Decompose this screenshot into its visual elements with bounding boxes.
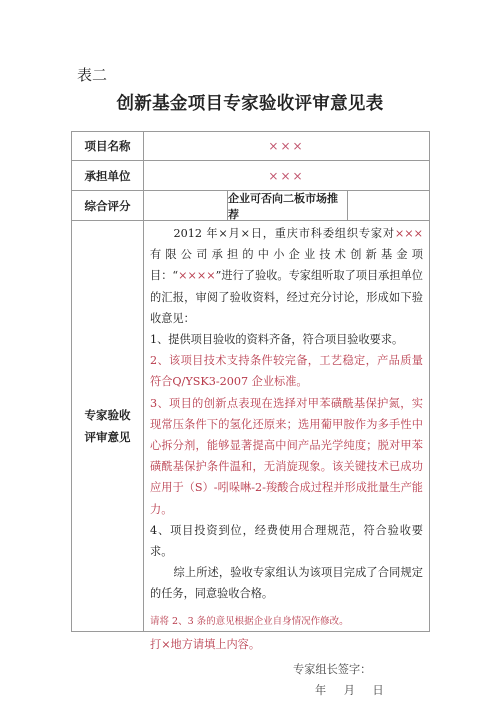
second-board-recommend-value[interactable] bbox=[348, 191, 429, 220]
composite-score-label: 综合评分 bbox=[72, 191, 144, 220]
second-board-recommend-label: 企业可否向二板市场推荐 bbox=[228, 191, 348, 220]
table-row-project-name: 项目名称 ××× bbox=[72, 132, 429, 161]
expert-opinion-label-line2: 评审意见 bbox=[85, 426, 131, 448]
table-row-expert-opinion: 专家验收 评审意见 2012 年×月×日，重庆市科委组织专家对××× 有限公司承… bbox=[72, 221, 429, 631]
review-table: 项目名称 ××× 承担单位 ××× 综合评分 企业可否向二板市场推荐 专家验收 … bbox=[71, 131, 430, 632]
intro-text-a: 2012 年×月×日，重庆市科委组织专家对 bbox=[174, 227, 395, 240]
table-row-composite-score: 综合评分 企业可否向二板市场推荐 bbox=[72, 191, 429, 221]
signature-date[interactable]: 年 月 日 bbox=[150, 680, 423, 701]
opinion-item-4: 4、项目投资到位，经费使用合理规范，符合验收要求。 bbox=[150, 520, 423, 562]
project-name-value[interactable]: ××× bbox=[144, 132, 429, 160]
opinion-item-1: 1、提供项目验收的资料齐备，符合项目验收要求。 bbox=[150, 329, 423, 350]
document-title: 创新基金项目专家验收评审意见表 bbox=[0, 90, 500, 115]
table-row-undertaking-unit: 承担单位 ××× bbox=[72, 161, 429, 191]
opinion-intro: 2012 年×月×日，重庆市科委组织专家对××× 有限公司承担的中小企业技术创新… bbox=[150, 223, 423, 329]
undertaking-unit-label: 承担单位 bbox=[72, 161, 144, 190]
composite-score-value[interactable] bbox=[144, 191, 228, 220]
project-name-label: 项目名称 bbox=[72, 132, 144, 160]
opinion-item-3[interactable]: 3、项目的创新点表现在选择对甲苯磺酰基保护氮，实现常压条件下的氢化还原来；选用葡… bbox=[150, 393, 423, 520]
leader-signature-label[interactable]: 专家组长签字： bbox=[150, 659, 423, 680]
project-placeholder[interactable]: ×××× bbox=[178, 269, 216, 282]
opinion-item-2[interactable]: 2、该项目技术支持条件较完备，工艺稳定，产品质量符合Q/YSK3-2007 企业… bbox=[150, 350, 423, 392]
expert-opinion-body[interactable]: 2012 年×月×日，重庆市科委组织专家对××× 有限公司承担的中小企业技术创新… bbox=[144, 221, 429, 631]
expert-opinion-label-line1: 专家验收 bbox=[85, 404, 131, 426]
edit-note-fill: 打×地方请填上内容。 bbox=[150, 634, 423, 655]
form-number-label: 表二 bbox=[77, 64, 107, 85]
company-placeholder[interactable]: ××× bbox=[395, 227, 423, 240]
expert-opinion-label: 专家验收 评审意见 bbox=[72, 221, 144, 631]
opinion-conclusion: 综上所述，验收专家组认为该项目完成了合同规定的任务，同意验收合格。 bbox=[150, 562, 423, 604]
edit-note-items: 请将 2、3 条的意见根据企业自身情况作修改。 bbox=[150, 611, 423, 632]
undertaking-unit-value[interactable]: ××× bbox=[144, 161, 429, 190]
